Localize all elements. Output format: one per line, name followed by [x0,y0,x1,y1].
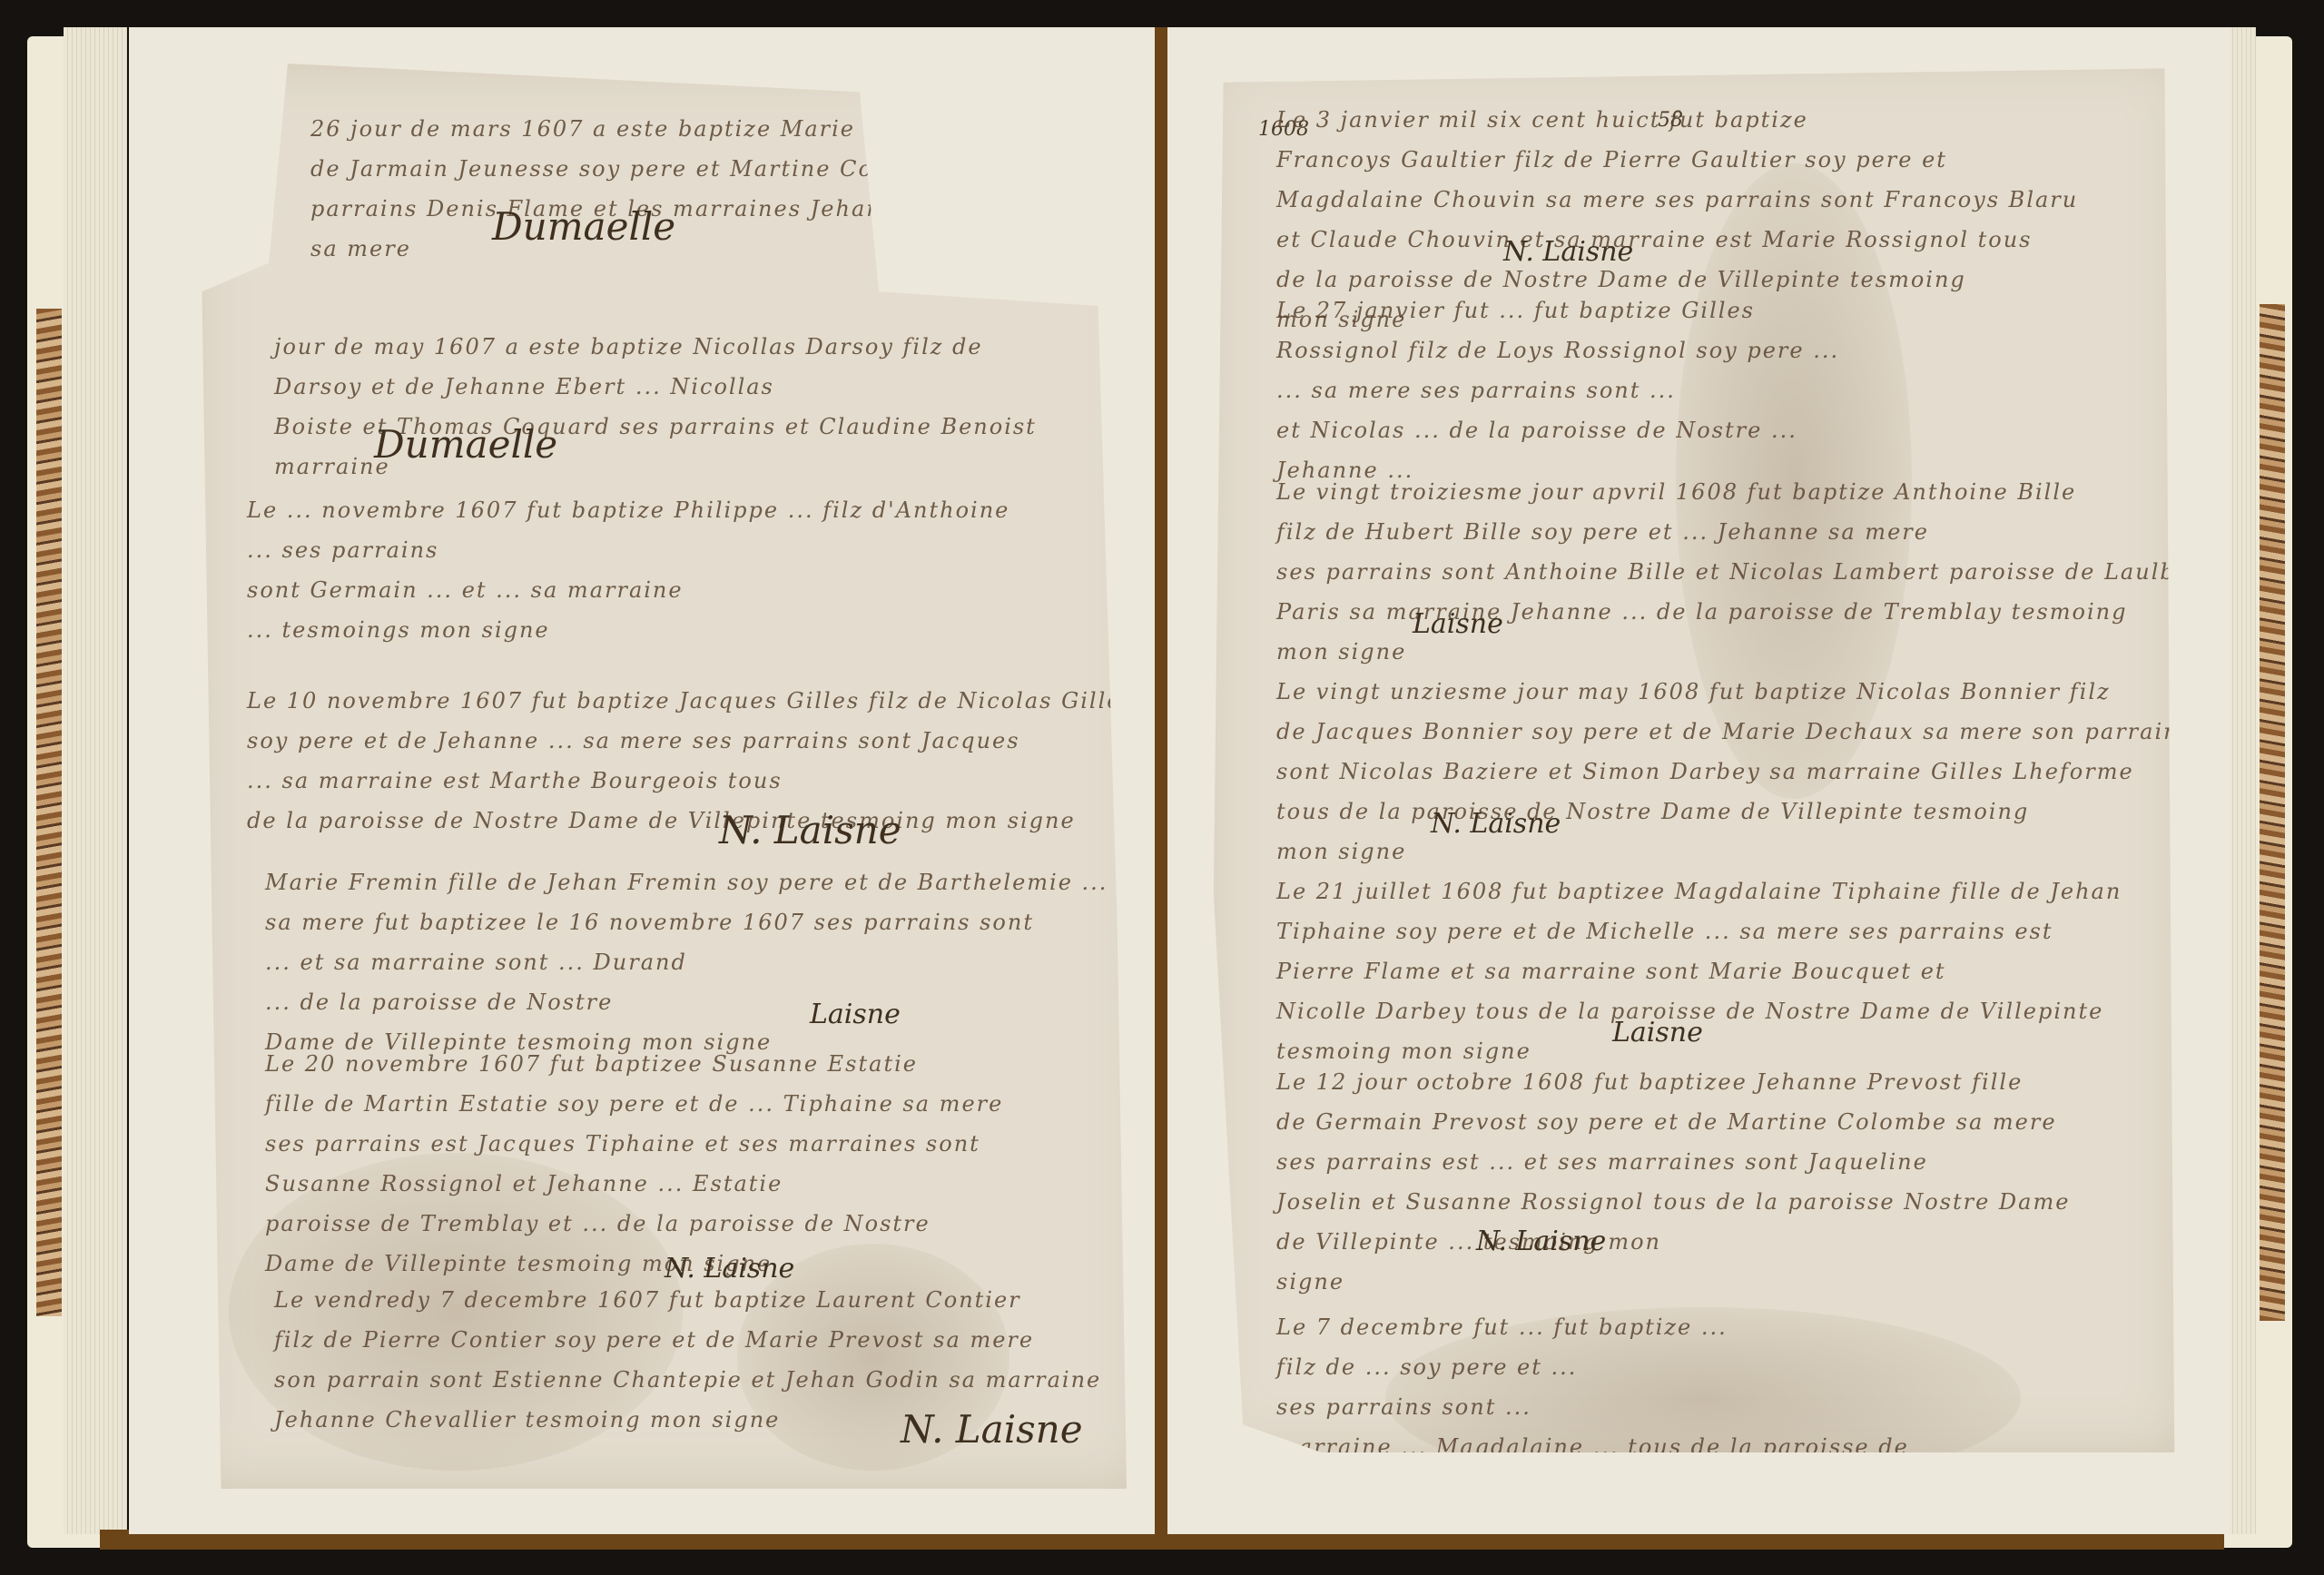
page-stack-left [64,27,127,1534]
entry-line: Le vingt troiziesme jour apvril 1608 fut… [1276,472,2216,512]
entry-line: sa mere fut baptizee le 16 novembre 1607… [265,902,1108,942]
signature: N. Laisne [1503,236,1633,268]
entry-line: de Jacques Bonnier soy pere et de Marie … [1276,712,2180,752]
entry-line: de Germain Prevost soy pere et de Martin… [1276,1102,2070,1142]
entry-line: filz de Pierre Contier soy pere et de Ma… [274,1320,1101,1360]
entry-line: et Nicolas ... de la paroisse de Nostre … [1276,410,1839,450]
entry-line: soy pere et de Jehanne ... sa mere ses p… [247,721,1135,761]
entry-left-4: Le 10 novembre 1607 fut baptize Jacques … [247,681,1135,841]
entry-line: Le 20 novembre 1607 fut baptizee Susanne… [265,1044,1003,1084]
signature: N. Laisne [719,808,901,852]
entry-line: Le ... novembre 1607 fut baptize Philipp… [247,490,1009,530]
signature: Laisne [810,999,901,1030]
entry-line: filz de Hubert Bille soy pere et ... Jeh… [1276,512,2216,552]
entry-line: Le 21 juillet 1608 fut baptizee Magdalai… [1276,871,2122,911]
entry-line: Dame de Villepinte tesmoing mon signe [265,1244,1003,1284]
manuscript-leaf-right: 1608 58 Le 3 janvier mil six cent huict … [1204,54,2184,1452]
entry-line: son parrain sont Estienne Chantepie et J… [274,1360,1101,1400]
entry-line: fille de Martin Estatie soy pere et de .… [265,1084,1003,1124]
open-book: 26 jour de mars 1607 a este baptize Mari… [27,27,2292,1561]
entry-line: Susanne Rossignol et Jehanne ... Estatie [265,1164,1003,1204]
entry-right-7: Le 7 decembre fut ... fut baptize ... fi… [1276,1307,1909,1467]
entry-line: ses parrains sont Anthoine Bille et Nico… [1276,552,2216,592]
entry-line: Marie Fremin fille de Jehan Fremin soy p… [265,862,1108,902]
entry-line: ... de la paroisse de Nostre [265,982,1108,1022]
entry-line: ses parrains est Jacques Tiphaine et ses… [265,1124,1003,1164]
entry-line: ses parrains sont ... [1276,1387,1909,1427]
signature: Dumaelle [492,204,675,249]
entry-line: signe [1276,1262,2070,1302]
entry-line: tous de la paroisse de Nostre Dame de Vi… [1276,792,2180,832]
signature: N. Laisne [1431,808,1561,840]
entry-line: Joselin et Susanne Rossignol tous de la … [1276,1182,2070,1222]
entry-line: de Jarmain Jeunesse soy pere et Martine … [310,149,1027,189]
entry-right-3: Le vingt troiziesme jour apvril 1608 fut… [1276,472,2216,672]
entry-right-2: Le 27 janvier fut ... fut baptize Gilles… [1276,290,1839,490]
signature: N. Laisne [901,1407,1083,1452]
manuscript-leaf-left: 26 jour de mars 1607 a este baptize Mari… [192,64,1146,1489]
entry-line: ... tesmoings mon signe [247,610,1009,650]
signature: Laisne [1612,1017,1703,1048]
marbled-edge-right [2260,304,2285,1321]
entry-line: Le 7 decembre fut ... fut baptize ... [1276,1307,1909,1347]
entry-line: Rossignol filz de Loys Rossignol soy per… [1276,330,1839,370]
entry-line: Magdalaine Chouvin sa mere ses parrains … [1276,180,2078,220]
entry-line: Darsoy et de Jehanne Ebert ... Nicollas [274,367,1037,407]
entry-left-5: Marie Fremin fille de Jehan Fremin soy p… [265,862,1108,1062]
entry-line: Le 3 janvier mil six cent huict fut bapt… [1276,100,2078,140]
entry-line: de la paroisse de Nostre Dame de Villepi… [247,801,1135,841]
entry-line: et Claude Chouvin et sa marraine est Mar… [1276,220,2078,260]
entry-line: ... ses parrains [247,530,1009,570]
entry-right-4: Le vingt unziesme jour may 1608 fut bapt… [1276,672,2180,871]
entry-left-6: Le 20 novembre 1607 fut baptizee Susanne… [265,1044,1003,1284]
entry-left-3: Le ... novembre 1607 fut baptize Philipp… [247,490,1009,650]
entry-line: Le vingt unziesme jour may 1608 fut bapt… [1276,672,2180,712]
entry-line: ... sa marraine est Marthe Bourgeois tou… [247,761,1135,801]
entry-line: ... et sa marraine sont ... Durand [265,942,1108,982]
signature: N. Laisne [1476,1226,1606,1257]
entry-line: marraine ... Magdalaine ... tous de la p… [1276,1427,1909,1467]
entry-right-6: Le 12 jour octobre 1608 fut baptizee Jeh… [1276,1062,2070,1302]
entry-line: Le vendredy 7 decembre 1607 fut baptize … [274,1280,1101,1320]
entry-line: Le 10 novembre 1607 fut baptize Jacques … [247,681,1135,721]
entry-line: ses parrains est ... et ses marraines so… [1276,1142,2070,1182]
signature: Dumaelle [374,422,557,467]
entry-line: Pierre Flame et sa marraine sont Marie B… [1276,951,2122,991]
marbled-edge-left [36,309,62,1316]
entry-line: mon signe [1276,832,2180,871]
entry-line: ... sa mere ses parrains sont ... [1276,370,1839,410]
entry-line: sont Nicolas Baziere et Simon Darbey sa … [1276,752,2180,792]
right-page: 1608 58 Le 3 janvier mil six cent huict … [1167,27,2230,1534]
signature: Laisne [1413,608,1503,640]
entry-line: 26 jour de mars 1607 a este baptize Mari… [310,109,1027,149]
entry-line: jour de may 1607 a este baptize Nicollas… [274,327,1037,367]
entry-line: sont Germain ... et ... sa marraine [247,570,1009,610]
left-page: 26 jour de mars 1607 a este baptize Mari… [129,27,1182,1534]
entry-line: paroisse de Tremblay et ... de la parois… [265,1204,1003,1244]
entry-line: de Villepinte ... tesmoing mon [1276,1222,2070,1262]
entry-line: filz de ... soy pere et ... [1276,1347,1909,1387]
entry-line: Le 27 janvier fut ... fut baptize Gilles [1276,290,1839,330]
entry-line: Francoys Gaultier filz de Pierre Gaultie… [1276,140,2078,180]
entry-line: Le 12 jour octobre 1608 fut baptizee Jeh… [1276,1062,2070,1102]
entry-line: Tiphaine soy pere et de Michelle ... sa … [1276,911,2122,951]
